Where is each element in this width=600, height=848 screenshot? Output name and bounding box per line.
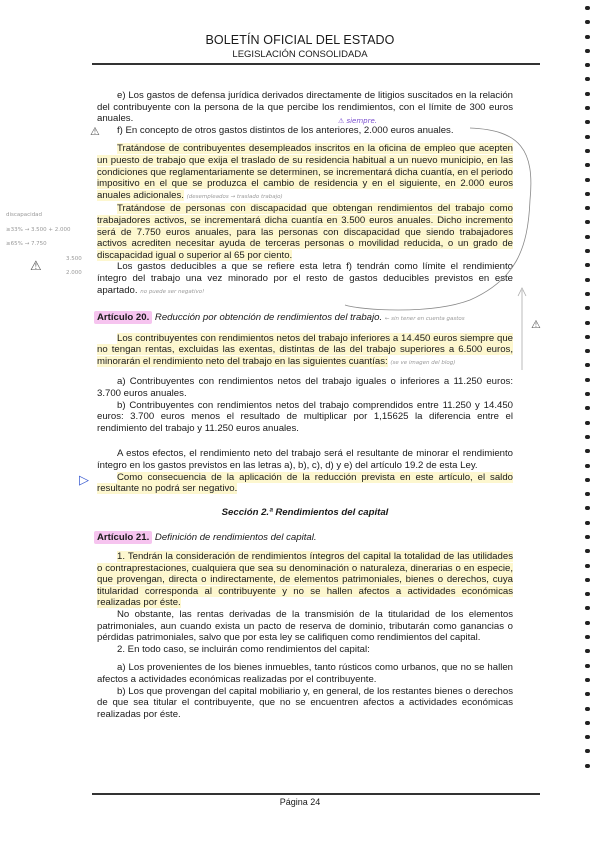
warning-icon: ⚠: [90, 125, 100, 138]
art21-paragraph-a: a) Los provenientes de los bienes inmueb…: [97, 662, 513, 685]
article-21-title: Definición de rendimientos del capital.: [155, 532, 317, 543]
article-21-label: Artículo 21.: [94, 531, 152, 544]
warning-icon: ⚠: [531, 318, 541, 331]
document-page: BOLETÍN OFICIAL DEL ESTADO LEGISLACIÓN C…: [0, 0, 600, 848]
binder-holes: [582, 6, 592, 826]
margin-note: ≥65% → 7.750: [6, 241, 47, 247]
handwritten-note: (se ve imagen del blog): [390, 360, 455, 366]
art20-paragraph-1: Los contribuyentes con rendimientos neto…: [97, 333, 513, 370]
handwritten-note: ← sin tener en cuenta gastos: [385, 316, 465, 322]
article-20-title: Reducción por obtención de rendimientos …: [155, 312, 382, 323]
art21-paragraph-2: No obstante, las rentas derivadas de la …: [97, 609, 513, 644]
document-body: e) Los gastos de defensa jurídica deriva…: [97, 90, 513, 720]
play-arrow-icon: ▷: [79, 472, 89, 488]
article-20-label: Artículo 20.: [94, 311, 152, 324]
paragraph-limite: Los gastos deducibles a que se refiere e…: [97, 261, 513, 298]
page-number: Página 24: [0, 797, 600, 807]
art20-paragraph-a: a) Contribuyentes con rendimientos netos…: [97, 376, 513, 399]
article-20-heading: Artículo 20. Reducción por obtención de …: [97, 312, 513, 326]
art21-paragraph-b: b) Los que provengan del capital mobilia…: [97, 686, 513, 721]
art20-paragraph-3: Como consecuencia de la aplicación de la…: [97, 472, 513, 495]
art21-paragraph-1: 1. Tendrán la consideración de rendimien…: [97, 551, 513, 609]
paragraph-discapacidad: Tratándose de personas con discapacidad …: [97, 203, 513, 261]
margin-note: discapacidad: [6, 212, 42, 218]
margin-note: ≥33% → 3.500 + 2.000: [6, 227, 71, 233]
art21-paragraph-3: 2. En todo caso, se incluirán como rendi…: [97, 644, 513, 656]
header-rule: [92, 63, 540, 65]
paragraph-desempleados: Tratándose de contribuyentes desempleado…: [97, 143, 513, 203]
section-heading: Sección 2.ª Rendimientos del capital: [97, 507, 513, 519]
handwritten-note: no puede ser negativo!: [140, 289, 204, 295]
margin-note: 3.500: [66, 256, 82, 262]
paragraph-f: f) En concepto de otros gastos distintos…: [97, 125, 513, 137]
handwritten-siempre: ⚠ siempre.: [338, 117, 377, 125]
handwritten-note: (desempleados → traslado trabajo): [187, 194, 283, 200]
gazette-subtitle: LEGISLACIÓN CONSOLIDADA: [0, 49, 600, 60]
art20-paragraph-2: A estos efectos, el rendimiento neto del…: [97, 448, 513, 471]
article-21-heading: Artículo 21. Definición de rendimientos …: [97, 532, 513, 544]
footer-rule: [92, 793, 540, 795]
art20-paragraph-b: b) Contribuyentes con rendimientos netos…: [97, 400, 513, 435]
gazette-title: BOLETÍN OFICIAL DEL ESTADO: [0, 33, 600, 47]
warning-icon: ⚠: [30, 258, 42, 274]
paragraph-e: e) Los gastos de defensa jurídica deriva…: [97, 90, 513, 125]
margin-note: 2.000: [66, 270, 82, 276]
